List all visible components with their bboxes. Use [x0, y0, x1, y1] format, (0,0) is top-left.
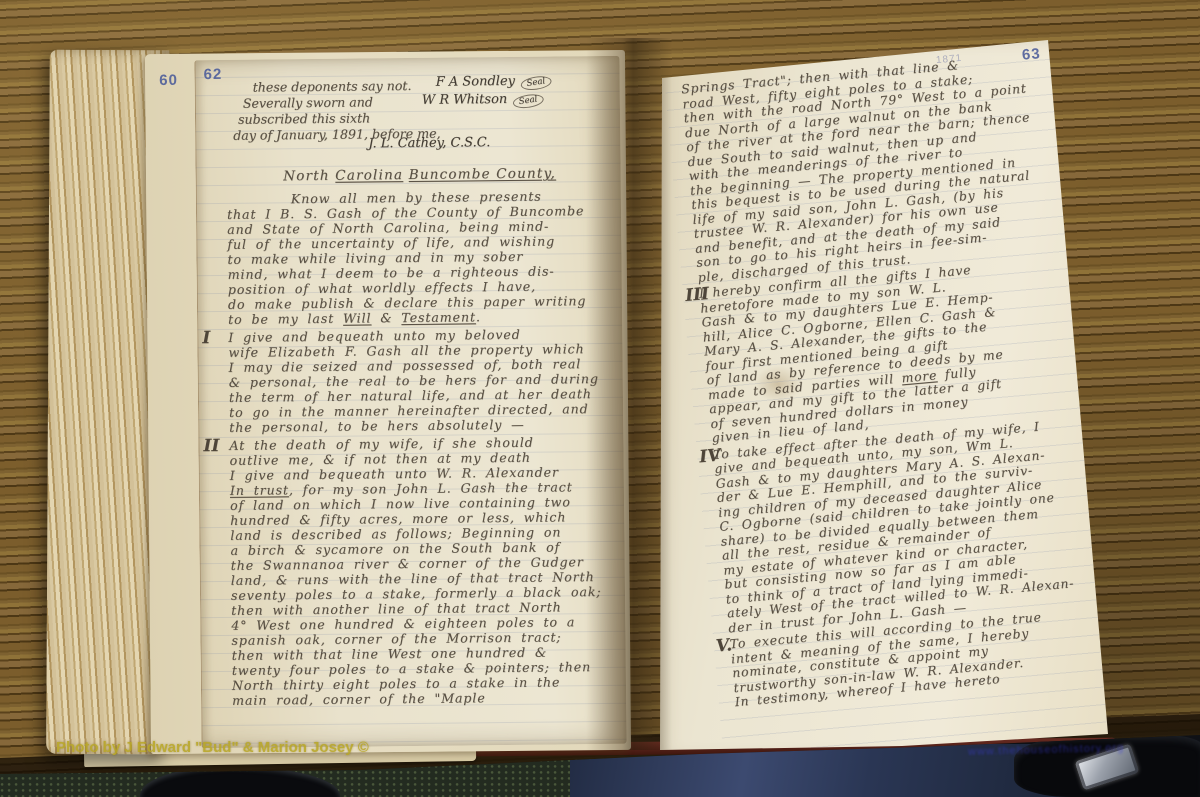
will-section: IVTo take effect after the death of my w… [713, 412, 1142, 636]
section-numeral: IV [698, 445, 721, 467]
signature-name: W R Whitson [422, 92, 508, 108]
section-numeral: II [203, 436, 219, 456]
section-numeral: I [202, 328, 210, 348]
will-section: IIAt the death of my wife, if she should… [229, 434, 618, 708]
clerk-signature: J. L. Cathey, C.S.C. [368, 135, 490, 151]
will-section: II give and bequeath unto my belovedwife… [228, 326, 615, 435]
photographed-will-book: 60 62 these deponents say not. Severally… [0, 0, 1200, 797]
page-62: 62 these deponents say not. Severally sw… [194, 56, 626, 748]
will-heading: North Carolina Buncombe County, [227, 164, 613, 186]
section-numeral: III [684, 284, 710, 306]
seal-mark: Seal [512, 93, 544, 110]
witness-signature: W R WhitsonSeal [422, 92, 544, 109]
page-number-60: 60 [159, 72, 178, 89]
left-page-text: these deponents say not. Severally sworn… [226, 76, 619, 711]
will-section: Know all men by these presentsthat I B. … [227, 188, 614, 327]
handwritten-line: main road, corner of the "Maple [232, 689, 618, 708]
attestation-block: these deponents say not. Severally sworn… [226, 76, 613, 160]
left-page-sections: Know all men by these presentsthat I B. … [227, 188, 618, 708]
seal-mark: Seal [520, 74, 552, 91]
handwritten-line: the personal, to be hers absolutely — [229, 416, 615, 435]
section-numeral: V. [715, 635, 733, 656]
will-section: Springs Tract"; then with that line &roa… [681, 46, 1111, 284]
photographer-credit-watermark: Photo by J Edward "Bud" & Marion Josey © [56, 739, 369, 756]
witness-signature: F A SondleySeal [436, 74, 552, 91]
page-number-62: 62 [203, 66, 222, 83]
handwritten-line: to be my last Will & Testament. [228, 308, 614, 327]
signature-name: F A Sondley [436, 74, 515, 90]
